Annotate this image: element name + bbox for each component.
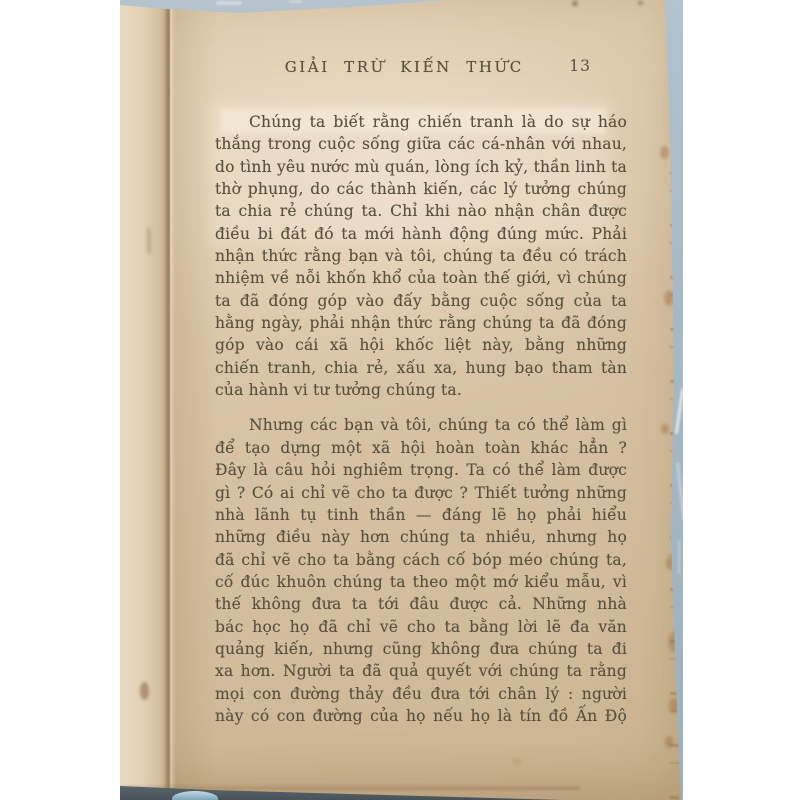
text-line: ta đã đóng góp vào đấy bằng cuộc sống củ… — [215, 290, 627, 312]
book-page: GIẢI TRỪ KIẾN THỨC 13 Chúng ta biết rằng… — [120, 0, 683, 800]
text-line: thế không đưa ta tới đâu được cả. Những … — [215, 593, 627, 615]
text-line: do tình yêu nước mù quán, lòng ích kỷ, t… — [215, 156, 627, 178]
page-gutter — [120, 0, 170, 800]
photo-canvas: GIẢI TRỪ KIẾN THỨC 13 Chúng ta biết rằng… — [0, 0, 800, 800]
text-line: để tạo dựng một xã hội hoàn toàn khác hẳ… — [215, 437, 627, 459]
page-number: 13 — [569, 57, 591, 75]
plastic-sheen — [288, 0, 302, 3]
text-line: Nhưng các bạn và tôi, chúng ta có thể là… — [215, 414, 627, 436]
text-line: mọi con đường thảy đều đưa tới chân lý :… — [215, 683, 627, 705]
foxing-stain — [666, 556, 675, 570]
foxing-stain — [661, 424, 669, 434]
text-line: chiến tranh, chia rẻ, xấu xa, hung bạo t… — [215, 357, 627, 379]
text-line: quảng kiến, nhưng cũng không đưa chúng t… — [215, 638, 627, 660]
page-edge-deckle — [670, 0, 679, 800]
plastic-sheen — [675, 388, 684, 434]
book-photo: GIẢI TRỪ KIẾN THỨC 13 Chúng ta biết rằng… — [120, 0, 683, 800]
running-title: GIẢI TRỪ KIẾN THỨC — [285, 58, 524, 76]
foxing-stain — [668, 632, 679, 652]
text-line: đã chỉ vẽ cho ta bằng cách cố bóp méo ch… — [215, 549, 627, 571]
text-line: gì ? Có ai chỉ vẽ cho ta được ? Thiết tư… — [215, 482, 627, 504]
text-line: nhận thức rằng bạn và tôi, chúng ta đều … — [215, 245, 627, 267]
text-line: điều bi đát đó ta mới hành động đúng mức… — [215, 223, 627, 245]
foxing-stain — [242, 672, 248, 677]
fold-mark — [147, 228, 151, 254]
plastic-sheen — [216, 1, 242, 5]
text-line: hằng ngày, phải nhận thức rằng chúng ta … — [215, 312, 627, 334]
text-line: Chúng ta biết rằng chiến tranh là do sự … — [215, 111, 627, 133]
text-line: nhà lãnh tụ tinh thần — đáng lẽ họ phải … — [215, 504, 627, 526]
edge-tear-mark — [140, 682, 149, 700]
text-line: bác học họ đã chỉ vẽ cho ta bằng lời lẽ … — [215, 616, 627, 638]
foxing-stain — [669, 698, 679, 714]
foxing-stain — [660, 146, 669, 159]
body-text: Chúng ta biết rằng chiến tranh là do sự … — [215, 111, 627, 727]
text-line: thờ phụng, do các thành kiến, các lý tưở… — [215, 178, 627, 200]
text-line: những điều này hơn chúng ta nhiều, nhưng… — [215, 526, 627, 548]
text-line: này có con đường của họ nếu họ là tín đồ… — [215, 705, 627, 727]
plastic-sheen — [676, 462, 685, 520]
text-line: nhiệm về nỗi khốn khổ của toàn thế giới,… — [215, 267, 627, 289]
page-header: GIẢI TRỪ KIẾN THỨC 13 — [215, 58, 627, 84]
foxing-stain — [512, 758, 522, 765]
edge-speck — [572, 1, 578, 6]
plastic-sheen — [678, 540, 680, 574]
text-line: Đây là câu hỏi nghiêm trọng. Ta có thể l… — [215, 459, 627, 481]
text-line: ta chia rẻ chúng ta. Chỉ khi nào nhận ch… — [215, 200, 627, 222]
foxing-stain — [664, 290, 674, 306]
text-line: thắng trong cuộc sống giữa các cá-nhân v… — [215, 133, 627, 155]
foxing-stain — [665, 736, 673, 748]
text-line: góp vào cái xã hội khốc liệt này, bằng n… — [215, 334, 627, 356]
text-line: xa hơn. Người ta đã quả quyết với chúng … — [215, 660, 627, 682]
text-line: cố đúc khuôn chúng ta theo một mớ kiểu m… — [215, 571, 627, 593]
edge-speck — [638, 1, 643, 5]
table-highlight — [172, 791, 218, 800]
text-line: của hành vi tư tưởng chúng ta. — [215, 379, 627, 401]
